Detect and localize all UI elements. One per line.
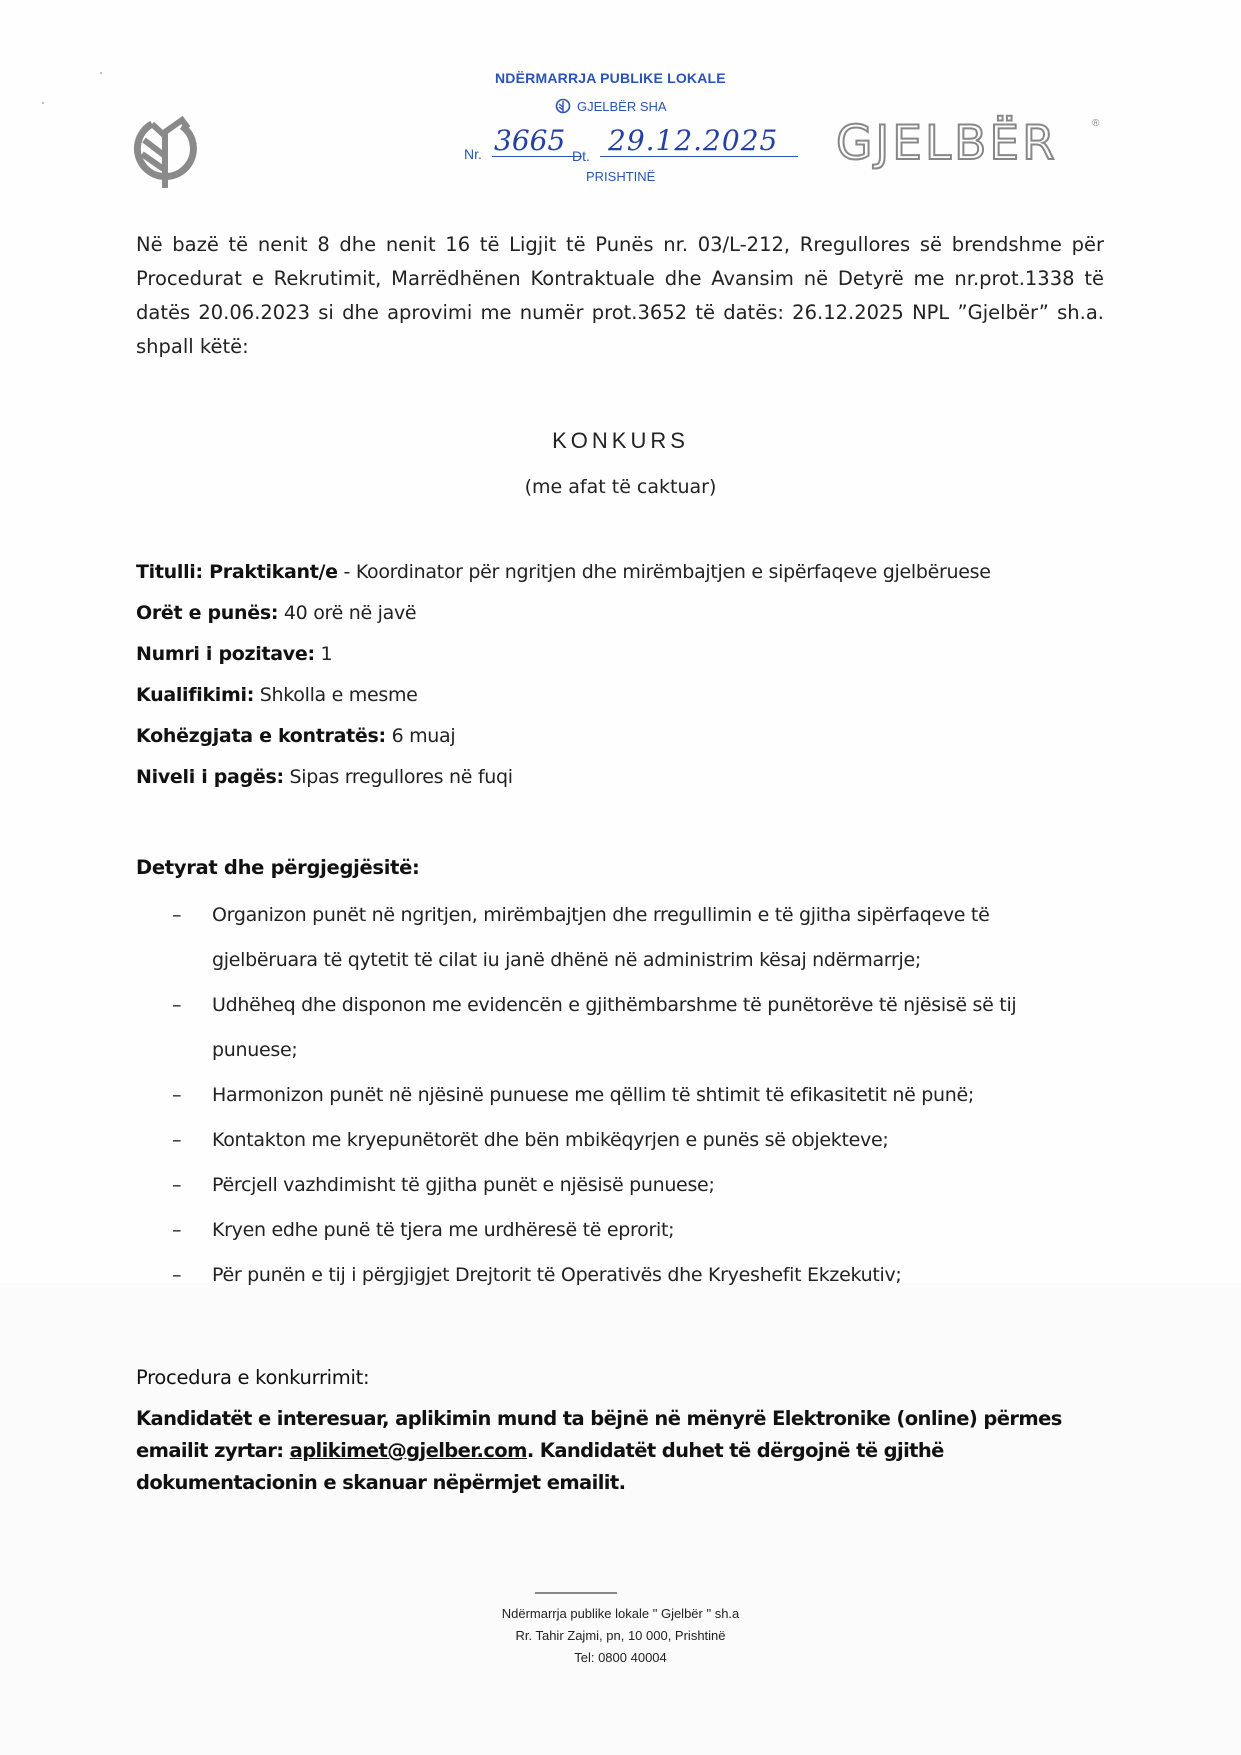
stamp-company: GJELBËR SHA xyxy=(555,98,667,114)
stamp-nr-value: 3665 xyxy=(492,126,582,157)
field-value: Shkolla e mesme xyxy=(254,684,418,706)
duty-text: Organizon punët në ngritjen, mirëmbajtje… xyxy=(212,904,989,971)
document-subtitle: (me afat të caktuar) xyxy=(0,476,1241,498)
footer-phone: Tel: 0800 40004 xyxy=(0,1647,1241,1669)
dash-bullet-icon: – xyxy=(172,983,181,1028)
registered-mark: ® xyxy=(1092,118,1099,129)
dash-bullet-icon: – xyxy=(172,1253,181,1298)
duty-text: Për punën e tij i përgjigjet Drejtorit t… xyxy=(212,1264,902,1286)
list-item: –Udhëheq dhe disponon me evidencën e gji… xyxy=(172,983,1072,1073)
field-value: Sipas rregullores në fuqi xyxy=(284,766,513,788)
scan-shade xyxy=(0,1283,1241,1755)
list-item: –Përcjell vazhdimisht të gjitha punët e … xyxy=(172,1163,1072,1208)
field-hours: Orët e punës: 40 orë në javë xyxy=(136,602,991,643)
document-title: KONKURS xyxy=(0,428,1241,454)
footer-company: Ndërmarrja publike lokale " Gjelbër " sh… xyxy=(0,1603,1241,1625)
footer: Ndërmarrja publike lokale " Gjelbër " sh… xyxy=(0,1603,1241,1669)
field-value: 1 xyxy=(315,643,333,665)
field-salary: Niveli i pagës: Sipas rregullores në fuq… xyxy=(136,766,991,807)
stamp-company-text: GJELBËR SHA xyxy=(577,99,667,114)
duties-heading: Detyrat dhe përgjegjësitë: xyxy=(136,856,420,879)
dash-bullet-icon: – xyxy=(172,1118,181,1163)
field-value: 40 orë në javë xyxy=(278,602,416,624)
duty-text: Kontakton me kryepunëtorët dhe bën mbikë… xyxy=(212,1129,888,1151)
stamp-dt-label: Dt. xyxy=(572,148,590,164)
field-label: Kohëzgjata e kontratës: xyxy=(136,725,386,747)
stamp-city: PRISHTINË xyxy=(586,169,655,184)
footer-address: Rr. Tahir Zajmi, pn, 10 000, Prishtinë xyxy=(0,1625,1241,1647)
position-details: Titulli: Praktikant/e - Koordinator për … xyxy=(136,561,991,807)
procedure-heading: Procedura e konkurrimit: xyxy=(136,1366,369,1389)
field-title: Titulli: Praktikant/e - Koordinator për … xyxy=(136,561,991,602)
duty-text: Kryen edhe punë të tjera me urdhëresë të… xyxy=(212,1219,674,1241)
list-item: –Kryen edhe punë të tjera me urdhëresë t… xyxy=(172,1208,1072,1253)
list-item: –Organizon punët në ngritjen, mirëmbajtj… xyxy=(172,893,1072,983)
leaf-circle-logo-icon xyxy=(130,112,200,192)
dash-bullet-icon: – xyxy=(172,893,181,938)
registry-stamp: NDËRMARRJA PUBLIKE LOKALE GJELBËR SHA Nr… xyxy=(440,64,800,194)
stamp-dt-value: 29.12.2025 xyxy=(600,126,798,157)
scan-speck xyxy=(42,102,44,104)
brand-wordmark: GJELBËR xyxy=(836,116,1058,171)
dash-bullet-icon: – xyxy=(172,1163,181,1208)
field-label: Numri i pozitave: xyxy=(136,643,315,665)
field-qualification: Kualifikimi: Shkolla e mesme xyxy=(136,684,991,725)
procedure-text: Kandidatët e interesuar, aplikimin mund … xyxy=(136,1403,1106,1499)
email-link[interactable]: aplikimet@gjelber.com xyxy=(290,1439,527,1462)
field-label: Titulli: Praktikant/e xyxy=(136,561,338,583)
field-label: Kualifikimi: xyxy=(136,684,254,706)
list-item: –Kontakton me kryepunëtorët dhe bën mbik… xyxy=(172,1118,1072,1163)
duties-list: –Organizon punët në ngritjen, mirëmbajtj… xyxy=(172,893,1072,1298)
field-label: Orët e punës: xyxy=(136,602,278,624)
list-item: –Për punën e tij i përgjigjet Drejtorit … xyxy=(172,1253,1072,1298)
stamp-nr-label: Nr. xyxy=(464,146,482,162)
dash-bullet-icon: – xyxy=(172,1208,181,1253)
intro-paragraph: Në bazë të nenit 8 dhe nenit 16 të Ligji… xyxy=(136,228,1104,364)
duty-text: Udhëheq dhe disponon me evidencën e gjit… xyxy=(212,994,1016,1061)
list-item: –Harmonizon punët në njësinë punuese me … xyxy=(172,1073,1072,1118)
field-label: Niveli i pagës: xyxy=(136,766,284,788)
stamp-org: NDËRMARRJA PUBLIKE LOKALE xyxy=(495,70,726,86)
duty-text: Harmonizon punët në njësinë punuese me q… xyxy=(212,1084,974,1106)
field-value: - Koordinator për ngritjen dhe mirëmbajt… xyxy=(338,561,991,583)
document-page: NDËRMARRJA PUBLIKE LOKALE GJELBËR SHA Nr… xyxy=(0,0,1241,1755)
scan-speck xyxy=(100,72,102,74)
dash-bullet-icon: – xyxy=(172,1073,181,1118)
duty-text: Përcjell vazhdimisht të gjitha punët e n… xyxy=(212,1174,715,1196)
field-positions: Numri i pozitave: 1 xyxy=(136,643,991,684)
footer-divider xyxy=(535,1592,617,1594)
field-duration: Kohëzgjata e kontratës: 6 muaj xyxy=(136,725,991,766)
leaf-circle-mini-icon xyxy=(555,98,571,114)
field-value: 6 muaj xyxy=(386,725,456,747)
